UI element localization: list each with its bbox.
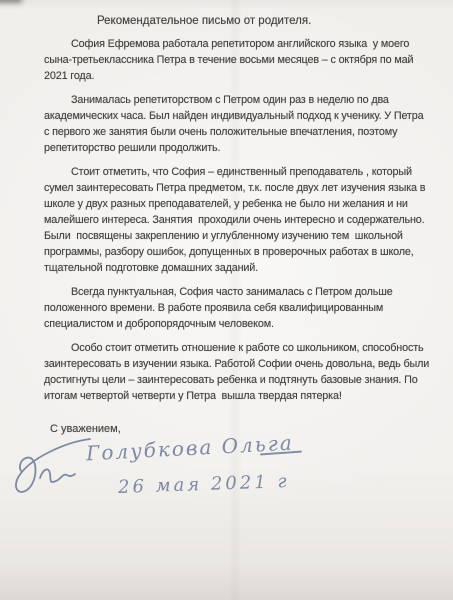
letter-paragraph-4: Всегда пунктуальная, София часто занимал… [44,284,444,332]
scanned-letter-page: Рекомендательное письмо от родителя. Соф… [0,0,453,600]
letter-body: Рекомендательное письмо от родителя. Соф… [44,13,444,412]
letter-paragraph-3: Стоит отметить, что София – единственный… [44,164,444,276]
signature-name: Голубкова Ольга [86,431,295,466]
signature-flourish-icon [10,434,96,496]
letter-paragraph-1: София Ефремова работала репетитором англ… [44,36,444,84]
letter-title: Рекомендательное письмо от родителя. [97,13,444,29]
signature-date: 26 мая 2021 г [118,471,290,498]
letter-paragraph-5: Особо стоит отметить отношение к работе … [44,340,444,404]
signature-block: Голубкова Ольга 26 мая 2021 г [8,430,308,520]
letter-paragraph-2: Занималась репетиторством с Петром один … [44,92,444,156]
